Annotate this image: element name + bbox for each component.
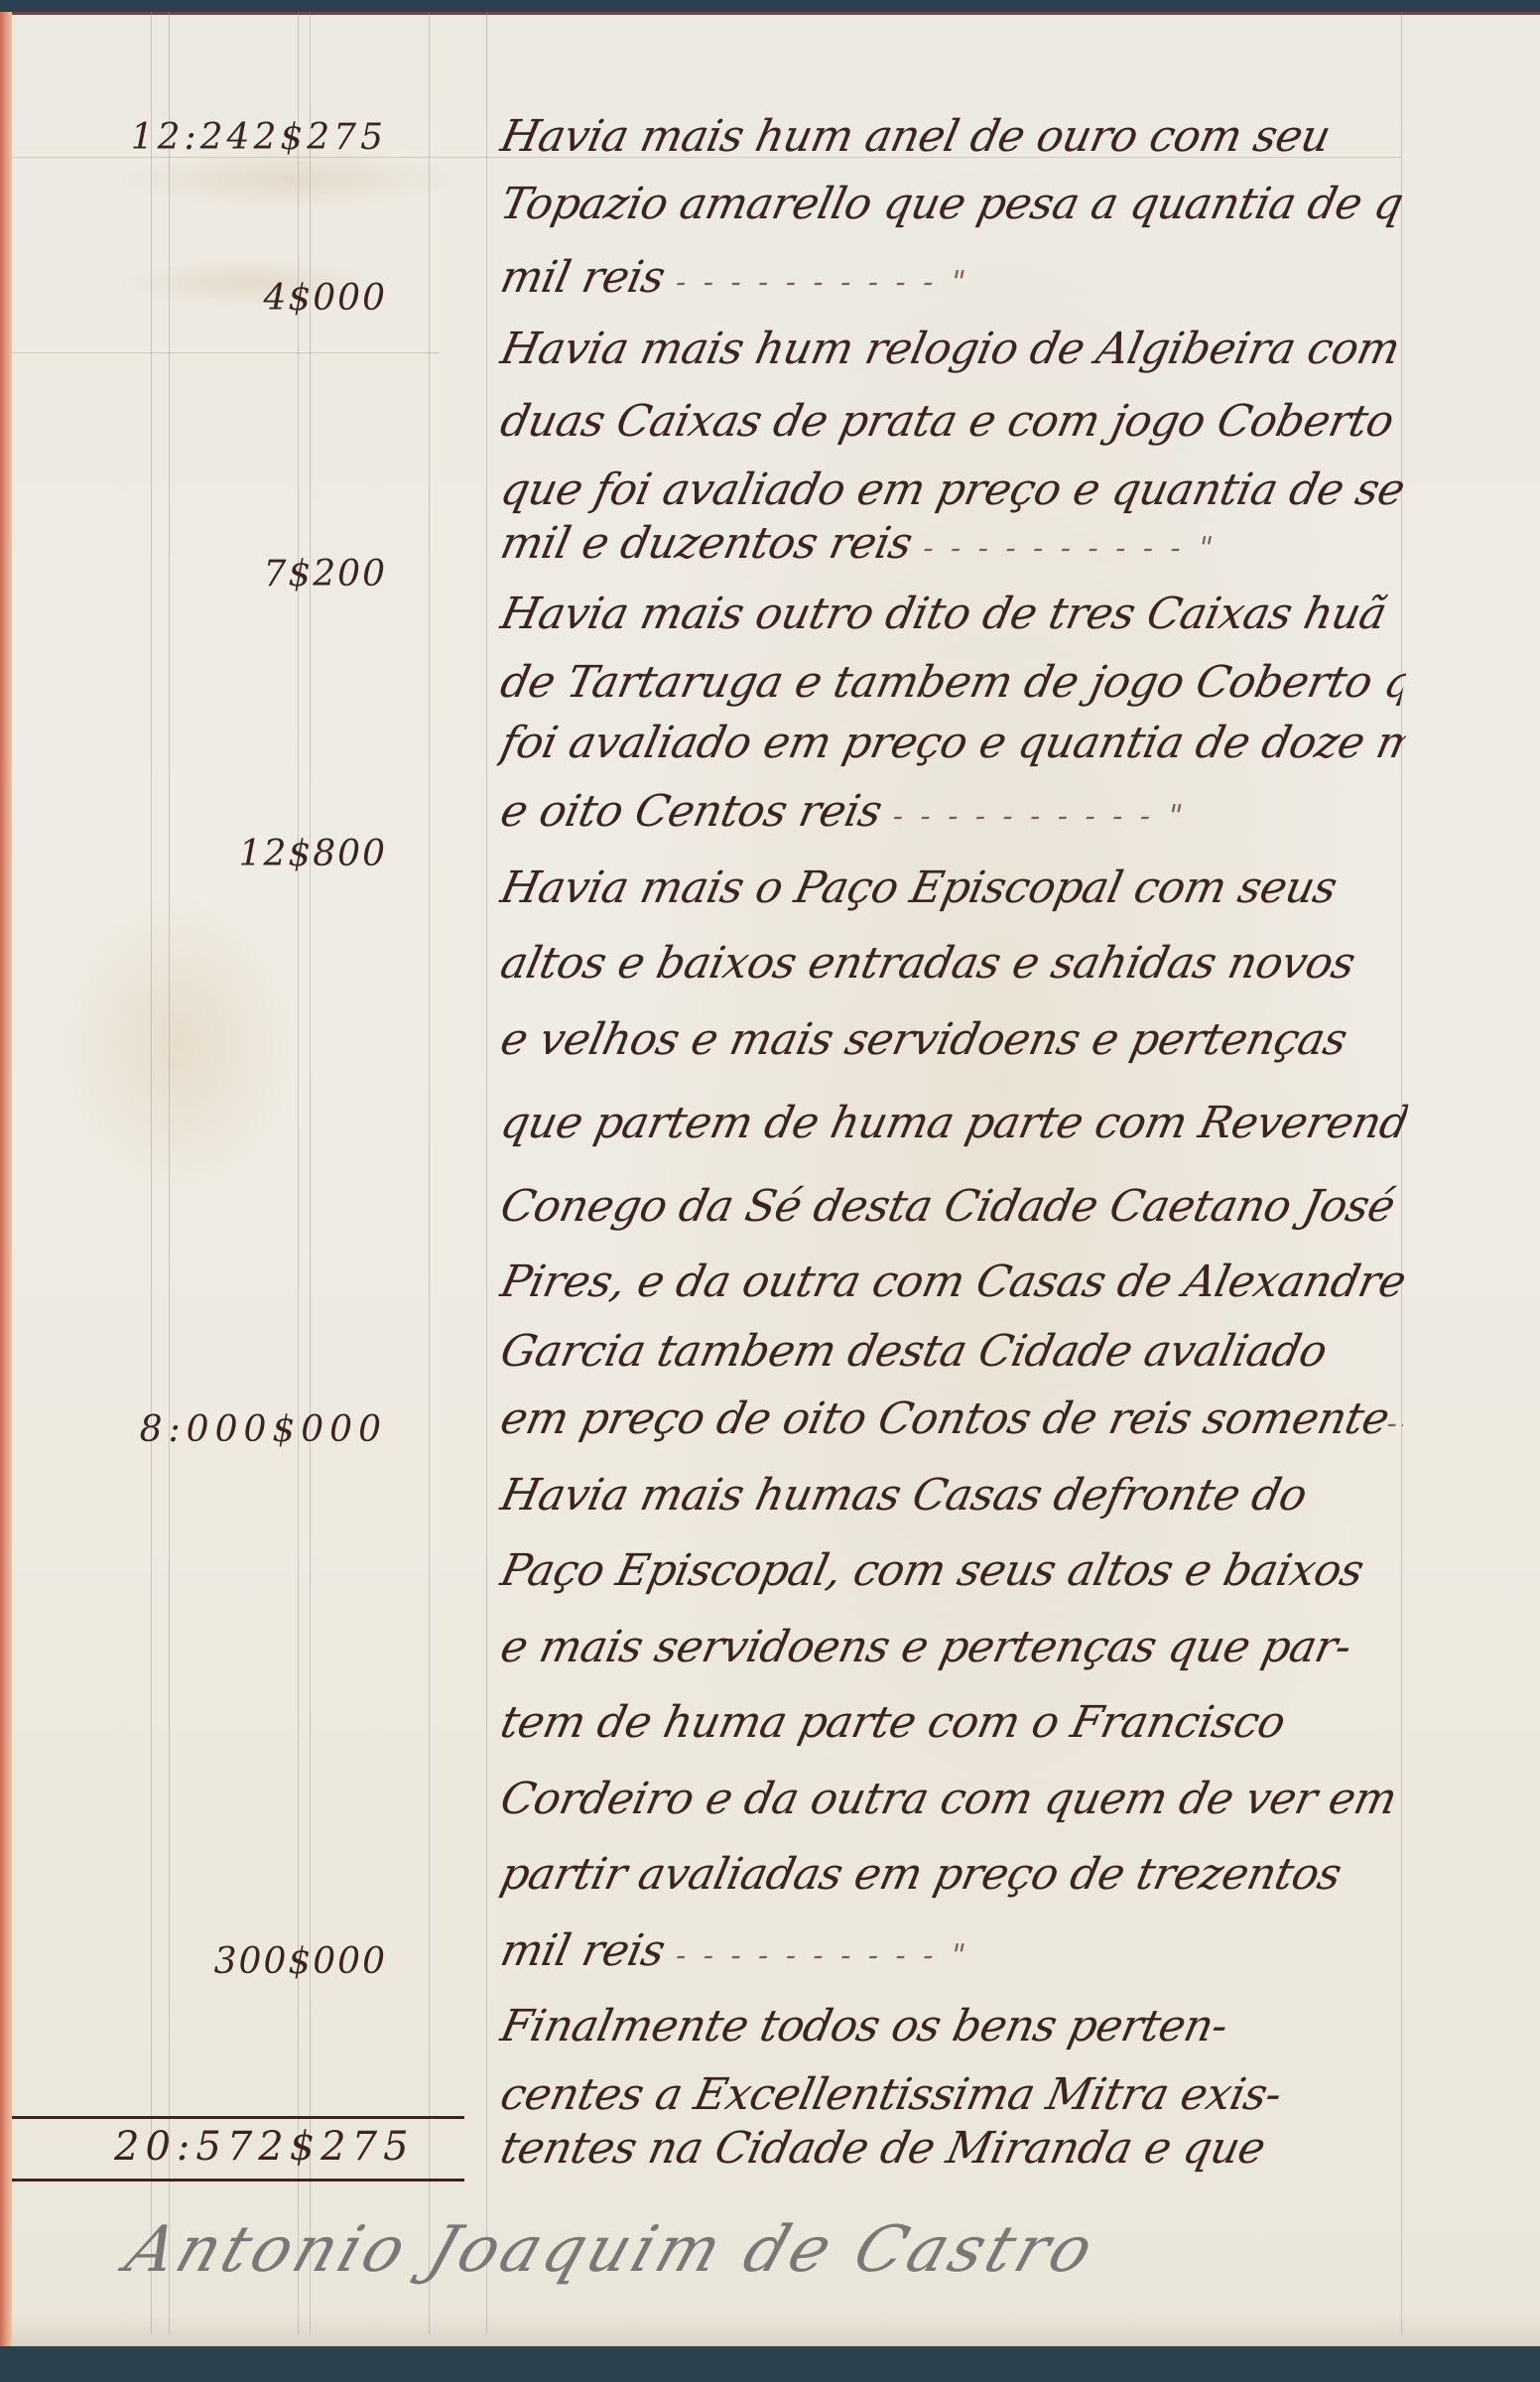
text-line: Havia mais hum anel de ouro com seu (496, 111, 1410, 162)
total-rule-top (12, 2116, 464, 2119)
amount-total: 20:572$275 (114, 2124, 415, 2170)
text-line-content: mil e duzentos reis (496, 518, 917, 569)
page-bottom-shadow (8, 2311, 1540, 2346)
text-line: Garcia tambem desta Cidade avaliado (496, 1326, 1410, 1377)
stain (60, 893, 298, 1191)
text-line: Havia mais humas Casas defronte do (496, 1470, 1410, 1521)
text-line: mil e duzentos reis - - - - - - - - - - … (496, 518, 1410, 569)
text-line: Paço Episcopal, com seus altos e baixos (496, 1545, 1410, 1596)
text-line-content: e oito Centos reis (496, 786, 886, 837)
text-line: em preço de oito Contos de reis somente-… (496, 1393, 1410, 1444)
text-line: altos e baixos entradas e sahidas novos (496, 938, 1410, 989)
text-line: Havia mais hum relogio de Algibeira com (496, 324, 1410, 374)
text-line: Conego da Sé desta Cidade Caetano José (496, 1181, 1410, 1232)
total-rule-bottom (12, 2179, 464, 2182)
text-line: duas Caixas de prata e com jogo Coberto (496, 396, 1410, 447)
text-line: que foi avaliado em preço e quantia de s… (496, 464, 1410, 515)
dash-fill: - - - - - - - - - - " (673, 265, 972, 300)
dash-fill: - - - - - - - - - - " (920, 531, 1219, 566)
amount-entry: 8:000$000 (30, 1409, 387, 1450)
text-line-content: mil reis (496, 1925, 669, 1976)
amount-entry: 300$000 (30, 1941, 387, 1982)
amount-entry: 7$200 (30, 554, 387, 595)
text-line: tentes na Cidade de Miranda e que (496, 2123, 1410, 2174)
text-line: tem de huma parte com o Francisco (496, 1697, 1410, 1748)
column-rule (429, 12, 430, 2334)
text-line: e oito Centos reis - - - - - - - - - - " (496, 786, 1410, 837)
text-line: foi avaliado em preço e quantia de doze … (496, 718, 1410, 768)
text-line: centes a Excellentissima Mitra exis- (496, 2069, 1410, 2120)
amount-carried-forward: 12:242$275 (30, 117, 387, 158)
text-line: Havia mais outro dito de tres Caixas huã (496, 589, 1410, 639)
amount-entry: 12$800 (30, 834, 387, 874)
text-line: e velhos e mais servidoens e pertenças (496, 1014, 1410, 1065)
column-rule (486, 12, 487, 2334)
text-line: mil reis - - - - - - - - - - " (496, 252, 1410, 303)
text-line: Cordeiro e da outra com quem de ver em (496, 1774, 1410, 1824)
binding-edge (0, 12, 12, 2346)
text-line: e mais servidoens e pertenças que par- (496, 1622, 1410, 1672)
text-line: Havia mais o Paço Episcopal com seus (496, 862, 1410, 913)
text-line: Pires, e da outra com Casas de Alexandre (496, 1257, 1410, 1307)
text-line: Topazio amarello que pesa a quantia de q… (496, 179, 1410, 229)
column-rule (298, 12, 299, 2334)
signature: Antonio Joaquim de Castro (117, 2213, 1105, 2287)
text-line: partir avaliadas em preço de trezentos (496, 1849, 1410, 1900)
column-rule (310, 12, 311, 2334)
text-line: que partem de huma parte com Reverendo (496, 1098, 1410, 1148)
dash-fill: - - - - - - - - - - " (673, 1938, 972, 1973)
amount-entry: 4$000 (30, 278, 387, 319)
ink-bleed (119, 149, 456, 208)
ruling (12, 352, 439, 353)
dash-fill: - - - - - - - - - - " (889, 799, 1189, 834)
text-line: de Tartaruga e tambem de jogo Coberto qu… (496, 657, 1410, 708)
text-line-content: mil reis (496, 252, 669, 303)
text-line: mil reis - - - - - - - - - - " (496, 1925, 1410, 1976)
text-line: Finalmente todos os bens perten- (496, 2001, 1410, 2051)
text-line-content: em preço de oito Contos de reis somente (496, 1393, 1393, 1444)
